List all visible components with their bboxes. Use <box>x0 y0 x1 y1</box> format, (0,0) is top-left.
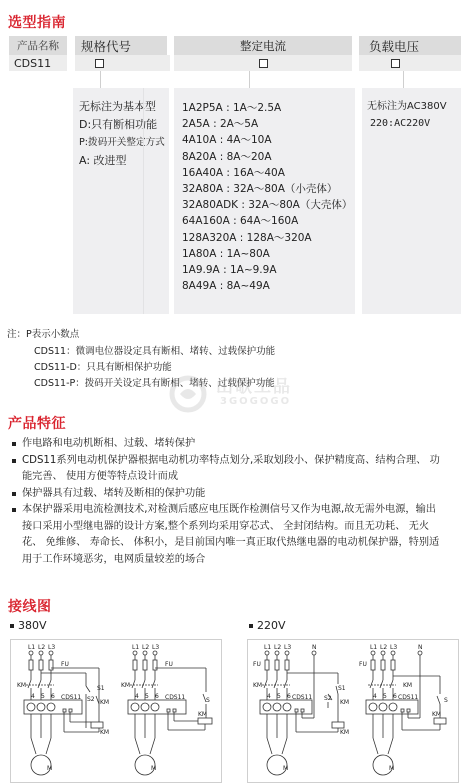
svg-text:M: M <box>47 765 52 772</box>
product-name-value: CDS11 <box>9 55 67 71</box>
rated-current-panel: 1A2P5A : 1A～2.5A 2A5A : 2A～5A 4A10A : 4A… <box>174 88 355 314</box>
product-name-header: 产品名称 <box>9 36 67 55</box>
note-line: CDS11：微调电位器设定具有断相、堵转、过载保护功能 <box>34 343 275 357</box>
svg-text:FU: FU <box>359 661 367 668</box>
voltage-option: 220:AC220V <box>367 115 461 132</box>
connector-line <box>100 71 101 88</box>
selection-guide-title: 选型指南 <box>8 12 66 32</box>
current-option: 8A49A : 8A~49A <box>182 278 355 294</box>
feature-item: 作电路和电动机断相、过载、堵转保护 <box>8 436 475 453</box>
svg-text:6: 6 <box>51 693 55 700</box>
svg-text:KM: KM <box>100 699 109 706</box>
svg-text:S1: S1 <box>338 685 346 692</box>
wiring-diagram-220v-s1s2: L1L2L3N FUKMCDS11 S1S2KMKM 456 M <box>250 642 355 783</box>
svg-text:L1: L1 <box>264 644 271 651</box>
current-option: 4A10A : 4A～10A <box>182 132 355 148</box>
svg-text:4: 4 <box>135 693 139 700</box>
spec-option: D:只有断相功能 <box>79 116 169 134</box>
svg-text:6: 6 <box>287 693 291 700</box>
bullet-icon <box>12 459 16 463</box>
voltage-option: 无标注为AC380V <box>367 98 461 115</box>
spec-code-checkbox-row <box>75 55 170 71</box>
spec-option: A: 改进型 <box>79 152 169 170</box>
svg-text:KM: KM <box>17 682 26 689</box>
svg-text:L1: L1 <box>370 644 377 651</box>
bullet-icon <box>12 508 16 512</box>
svg-text:S1: S1 <box>97 685 105 692</box>
svg-text:KM: KM <box>340 699 349 706</box>
bullet-icon <box>12 492 16 496</box>
svg-text:N: N <box>418 644 423 651</box>
features-list: 作电路和电动机断相、过载、堵转保护 CDS11系列电动机保护器根据电动机功率特点… <box>8 436 475 568</box>
svg-text:L3: L3 <box>48 644 55 651</box>
spec-option: P:拨码开关整定方式 <box>79 134 169 152</box>
connector-line <box>403 71 404 88</box>
svg-text:4: 4 <box>373 693 377 700</box>
load-voltage-checkbox-row <box>359 55 461 71</box>
svg-text:5: 5 <box>383 693 387 700</box>
svg-text:L1: L1 <box>28 644 35 651</box>
rated-current-header: 整定电流 <box>174 36 352 55</box>
features-title: 产品特征 <box>8 413 66 433</box>
current-option: 1A2P5A : 1A～2.5A <box>182 100 355 116</box>
svg-text:5: 5 <box>41 693 45 700</box>
svg-text:KM: KM <box>403 682 412 689</box>
load-voltage-panel: 无标注为AC380V 220:AC220V <box>362 88 461 314</box>
svg-text:FU: FU <box>253 661 261 668</box>
svg-text:L2: L2 <box>38 644 45 651</box>
load-voltage-header: 负载电压 <box>359 36 461 55</box>
svg-text:KM: KM <box>253 682 262 689</box>
wiring-diagram-220v-s: L1L2L3N FUKMCDS11 SKM 456 M <box>356 642 461 783</box>
svg-text:6: 6 <box>155 693 159 700</box>
current-option: 32A80ADK : 32A～80A（大壳体） <box>182 197 355 213</box>
svg-text:6: 6 <box>393 693 397 700</box>
svg-text:M: M <box>389 765 394 772</box>
svg-text:S: S <box>206 697 210 704</box>
svg-text:L3: L3 <box>284 644 291 651</box>
svg-text:M: M <box>151 765 156 772</box>
wiring-title: 接线图 <box>8 596 52 616</box>
current-option: 16A40A : 16A～40A <box>182 165 355 181</box>
feature-item: CDS11系列电动机保护器根据电动机功率特点划分,采取划段小、保护精度高、结构合… <box>8 453 475 486</box>
bullet-icon <box>12 442 16 446</box>
note-line: CDS11-P：拨码开关设定具有断相、堵转、过载保护功能 <box>34 375 275 389</box>
svg-text:L3: L3 <box>152 644 159 651</box>
wiring-diagram-380v-s: L1L2L3 FUKMCDS11 SKM 456 M <box>118 642 223 783</box>
spec-code-checkbox[interactable] <box>95 59 104 68</box>
wiring-group-label-380v: 380V <box>10 619 47 632</box>
svg-text:4: 4 <box>31 693 35 700</box>
svg-text:KM: KM <box>340 729 349 736</box>
svg-text:KM: KM <box>100 729 109 736</box>
svg-text:L2: L2 <box>380 644 387 651</box>
svg-text:FU: FU <box>165 661 173 668</box>
spec-code-panel: 无标注为基本型 D:只有断相功能 P:拨码开关整定方式 A: 改进型 <box>73 88 169 314</box>
svg-text:L2: L2 <box>142 644 149 651</box>
bullet-icon <box>249 624 253 628</box>
svg-text:S2: S2 <box>87 696 95 703</box>
feature-item: 保护器具有过载、堵转及断相的保护功能 <box>8 486 475 503</box>
current-option: 8A20A : 8A～20A <box>182 149 355 165</box>
svg-text:N: N <box>312 644 317 651</box>
spec-option: 无标注为基本型 <box>79 98 169 116</box>
svg-text:M: M <box>283 765 288 772</box>
wiring-group-label-220v: 220V <box>249 619 286 632</box>
note-line: CDS11-D：只具有断相保护功能 <box>34 359 172 373</box>
svg-text:4: 4 <box>267 693 271 700</box>
current-option: 1A80A : 1A~80A <box>182 246 355 262</box>
svg-text:KM: KM <box>121 682 130 689</box>
svg-text:FU: FU <box>61 661 69 668</box>
panel-divider <box>143 88 144 314</box>
svg-text:L1: L1 <box>132 644 139 651</box>
svg-text:L3: L3 <box>390 644 397 651</box>
rated-current-checkbox-row <box>174 55 352 71</box>
wiring-diagram-380v-s1s2: L1L2L3 FUKMCDS11 S1S2KMKM 456 M <box>14 642 119 783</box>
feature-item: 本保护器采用电流检测技术,对检测后感应电压既作检测信号又作为电源,故无需外电源，… <box>8 502 475 568</box>
load-voltage-checkbox[interactable] <box>391 59 400 68</box>
rated-current-checkbox[interactable] <box>259 59 268 68</box>
svg-text:5: 5 <box>277 693 281 700</box>
note-header: 注：P表示小数点 <box>7 326 79 340</box>
current-option: 128A320A : 128A～320A <box>182 230 355 246</box>
watermark-text-en: 3GOGOGO <box>220 396 291 407</box>
current-option: 32A80A : 32A～80A（小壳体） <box>182 181 355 197</box>
svg-text:S: S <box>444 697 448 704</box>
current-option: 1A9.9A : 1A~9.9A <box>182 262 355 278</box>
current-option: 64A160A : 64A～160A <box>182 213 355 229</box>
connector-line <box>249 71 250 88</box>
bullet-icon <box>10 624 14 628</box>
svg-text:5: 5 <box>145 693 149 700</box>
spec-code-header: 规格代号 <box>75 36 167 55</box>
current-option: 2A5A : 2A～5A <box>182 116 355 132</box>
svg-text:L2: L2 <box>274 644 281 651</box>
